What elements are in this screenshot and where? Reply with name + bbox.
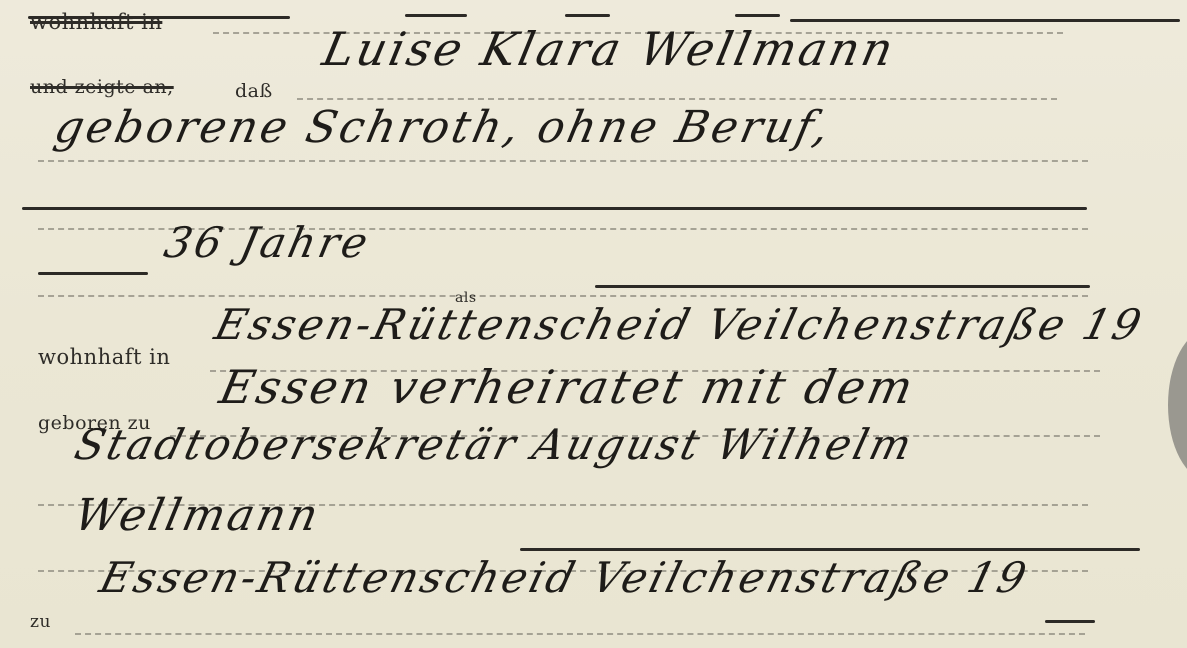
strike-rule [405, 14, 467, 17]
form-line [297, 98, 1057, 100]
strike-rule [735, 14, 780, 17]
handwritten-line-1: Luise Klara Wellmann [318, 22, 901, 76]
label-and-reported-struck: und zeigte an, [30, 76, 174, 98]
form-line [75, 633, 1085, 635]
label-that: daß [235, 80, 273, 102]
fill-rule [595, 285, 1090, 288]
handwritten-line-7: Wellmann [70, 490, 325, 541]
form-line [38, 160, 1088, 162]
handwritten-line-8: Essen-Rüttenscheid Veilchenstraße 19 [95, 553, 1034, 602]
document-page: wohnhaft in und zeigte an, daß als wohnh… [0, 0, 1187, 648]
grey-overlay-circle [1168, 330, 1187, 480]
form-line [38, 295, 1088, 297]
handwritten-line-4: Essen-Rüttenscheid Veilchenstraße 19 [210, 300, 1149, 349]
handwritten-line-2: geborene Schroth, ohne Beruf, [50, 102, 836, 153]
label-resident-in: wohnhaft in [38, 345, 170, 369]
fill-rule [38, 272, 148, 275]
label-at: zu [30, 612, 51, 632]
label-resident-in-struck: wohnhaft in [30, 10, 162, 34]
handwritten-line-6: Stadtobersekretär August Wilhelm [70, 420, 919, 469]
fill-rule [1045, 620, 1095, 623]
strike-rule [565, 14, 610, 17]
fill-rule [22, 207, 1087, 210]
handwritten-line-3: 36 Jahre [160, 218, 375, 267]
fill-rule [520, 548, 1140, 551]
handwritten-line-5: Essen verheiratet mit dem [215, 360, 920, 414]
